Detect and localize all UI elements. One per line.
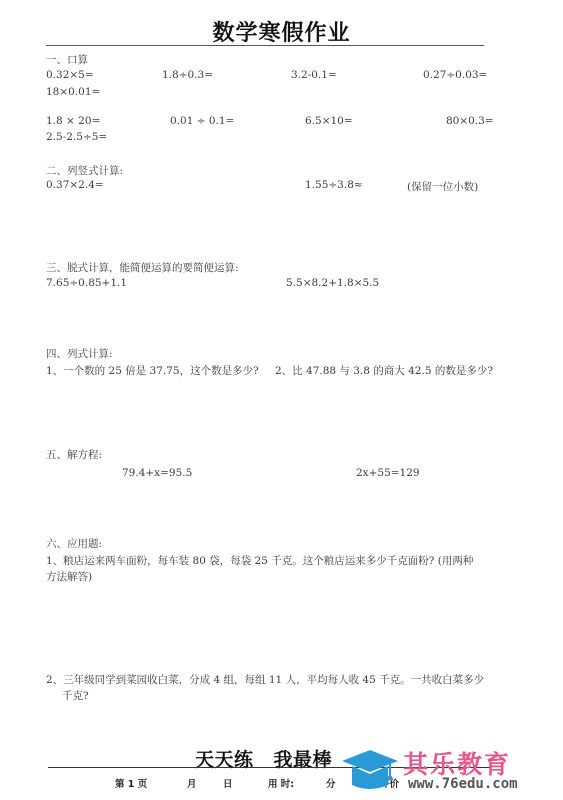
- page-title: 数学寒假作业: [0, 16, 563, 47]
- graduation-cap-icon: [340, 747, 400, 791]
- word-problem-2-cont: 千克?: [62, 688, 89, 703]
- section-3-heading: 三、脱式计算，能简便运算的要简便运算:: [46, 260, 239, 275]
- section-1-heading: 一、口算: [46, 52, 88, 67]
- equation-item: 2x+55=129: [356, 467, 420, 479]
- oral-item: 18×0.01=: [46, 86, 100, 98]
- word-problem-1-cont: 方法解答): [46, 569, 92, 584]
- watermark-site: www.76edu.com: [408, 776, 518, 792]
- time-label: 用 时:: [268, 776, 294, 790]
- page-number: 第 1 页: [115, 776, 147, 790]
- oral-item: 0.01 ÷ 0.1=: [170, 115, 234, 127]
- oral-item: 6.5×10=: [305, 115, 353, 127]
- word-problem-2: 2、三年级同学到菜园收白菜，分成 4 组，每组 11 人，平均每人收 45 千克…: [46, 672, 484, 687]
- stepwise-item: 7.65÷0.85+1.1: [46, 277, 127, 289]
- rounding-note: (保留一位小数): [407, 179, 478, 194]
- stepwise-item: 5.5×8.2+1.8×5.5: [286, 277, 379, 289]
- oral-item: 2.5-2.5÷5=: [46, 131, 107, 143]
- day-label: 日: [223, 776, 233, 790]
- section-2-heading: 二、列竖式计算:: [46, 163, 123, 178]
- oral-item: 80×0.3=: [446, 115, 494, 127]
- word-calc-item: 1、一个数的 25 倍是 37.75，这个数是多少?: [46, 363, 259, 378]
- vertical-calc-item: 1.55÷3.8≈: [305, 179, 363, 191]
- section-5-heading: 五、解方程:: [46, 447, 102, 462]
- oral-item: 1.8÷0.3=: [162, 69, 213, 81]
- oral-item: 0.27÷0.03=: [423, 69, 487, 81]
- title-divider: [46, 45, 484, 46]
- vertical-calc-item: 0.37×2.4=: [46, 179, 104, 191]
- word-calc-item: 2、比 47.88 与 3.8 的商大 42.5 的数是多少?: [275, 363, 493, 378]
- section-6-heading: 六、应用题:: [46, 536, 102, 551]
- word-problem-1: 1、粮店运来两车面粉，每车装 80 袋，每袋 25 千克。这个粮店运来多少千克面…: [46, 553, 473, 568]
- minutes-label: 分: [326, 776, 336, 790]
- section-4-heading: 四、列式计算:: [46, 346, 113, 361]
- oral-item: 0.32×5=: [46, 69, 94, 81]
- oral-item: 1.8 × 20=: [46, 115, 100, 127]
- oral-item: 3.2-0.1=: [291, 69, 337, 81]
- equation-item: 79.4+x=95.5: [122, 467, 192, 479]
- month-label: 月: [187, 776, 197, 790]
